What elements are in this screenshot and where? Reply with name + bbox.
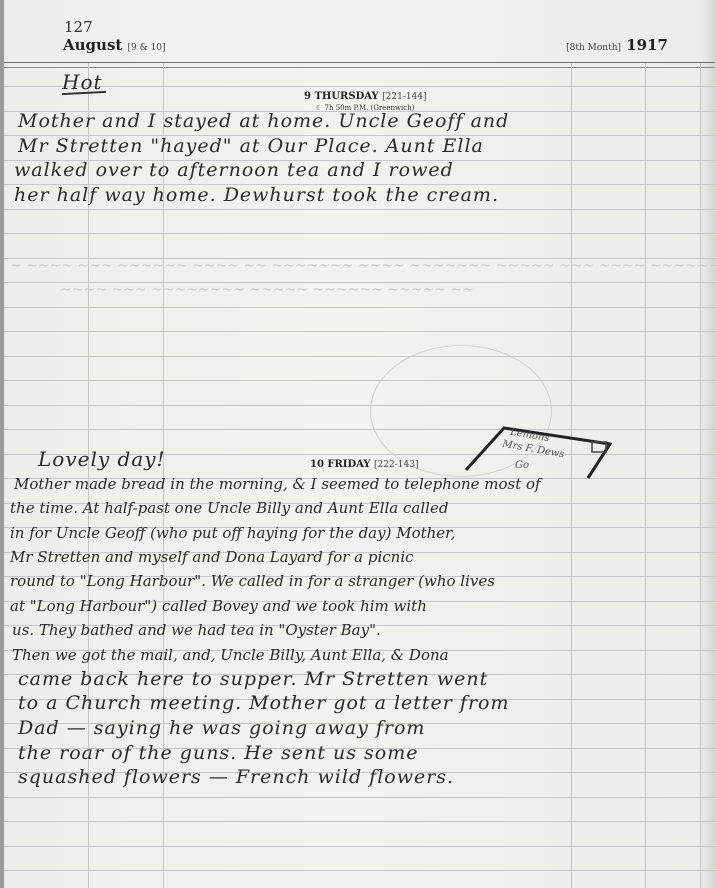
page-binding-edge <box>0 0 4 888</box>
day-title: 9 THURSDAY <box>304 91 379 102</box>
day-heading: 10 FRIDAY [222-143] <box>310 459 418 470</box>
entry-line: to a Church meeting. Mother got a letter… <box>18 692 510 714</box>
ruled-line <box>4 846 715 847</box>
year-heading: [8th Month] 1917 <box>566 36 668 54</box>
ruled-line <box>4 870 715 871</box>
entry-line: walked over to afternoon tea and I rowed <box>14 159 454 181</box>
entry-line: round to "Long Harbour". We called in fo… <box>10 572 495 590</box>
diary-page: 127 August [9 & 10] [8th Month] 1917 ~ ~… <box>0 0 715 888</box>
day-heading: 9 THURSDAY [221-144] <box>304 91 427 102</box>
show-through-text: ~ ~~~~ ~~~ ~~~~~~ ~~~~ ~~ ~~~~~~~ ~~~~ ~… <box>10 258 715 274</box>
entry-line: us. They bathed and we had tea in "Oyste… <box>12 621 381 639</box>
ruled-line <box>4 331 715 332</box>
ruled-line <box>4 821 715 822</box>
entry-line: the time. At half-past one Uncle Billy a… <box>10 499 448 517</box>
column-line <box>700 63 701 888</box>
entry-line: in for Uncle Geoff (who put off haying f… <box>10 524 455 542</box>
ruled-line <box>4 86 715 87</box>
ruled-line <box>4 797 715 798</box>
day-title: 10 FRIDAY <box>310 459 371 470</box>
entry-line: Mother made bread in the morning, & I se… <box>14 475 541 493</box>
year: 1917 <box>626 36 668 54</box>
page-number: 127 <box>64 18 93 36</box>
day-numbers: [221-144] <box>382 92 426 102</box>
ruled-line <box>4 307 715 308</box>
entry-line: her half way home. Dewhurst took the cre… <box>14 184 499 206</box>
entry-line: at "Long Harbour") called Bovey and we t… <box>10 597 427 615</box>
entry-line: Dad — saying he was going away from <box>18 717 425 739</box>
margin-note-line: Go <box>515 460 529 471</box>
ruled-line <box>4 233 715 234</box>
entry-line: Mother and I stayed at home. Uncle Geoff… <box>18 110 509 132</box>
entry-line: squashed flowers — French wild flowers. <box>18 766 454 788</box>
month-days: [9 & 10] <box>128 43 166 53</box>
show-through-text: ~~~~ ~~~ ~~~~~~~~ ~~~~~ ~~~~~~ ~~~~~ ~~ <box>60 282 474 298</box>
entry-line: Then we got the mail, and, Uncle Billy, … <box>12 646 449 664</box>
ruled-line <box>4 356 715 357</box>
month-heading: August [9 & 10] <box>63 36 165 54</box>
ruled-line <box>4 380 715 381</box>
day-numbers: [222-143] <box>374 460 418 470</box>
column-line <box>645 63 646 888</box>
month-ordinal: [8th Month] <box>566 43 621 53</box>
month-name: August <box>63 36 122 54</box>
entry-line: Mr Stretten "hayed" at Our Place. Aunt E… <box>18 135 484 157</box>
weather-note: Lovely day! <box>38 447 166 471</box>
ruled-line <box>4 405 715 406</box>
entry-line: Mr Stretten and myself and Dona Layard f… <box>10 548 414 566</box>
ruled-line <box>4 209 715 210</box>
header-divider <box>4 62 715 68</box>
entry-line: the roar of the guns. He sent us some <box>18 742 419 764</box>
entry-line: came back here to supper. Mr Stretten we… <box>18 668 488 690</box>
